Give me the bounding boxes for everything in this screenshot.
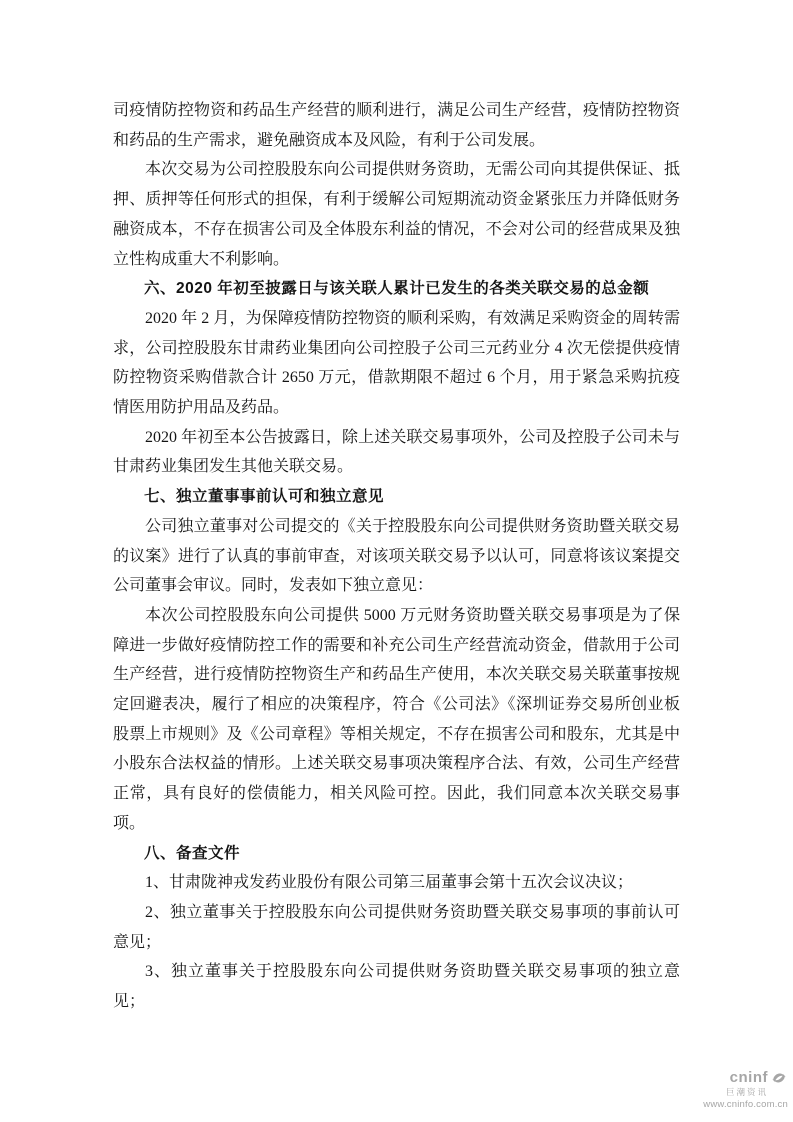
section-heading: 六、2020 年初至披露日与该关联人累计已发生的各类关联交易的总金额 <box>113 274 680 304</box>
document-body: 司疫情防控物资和药品生产经营的顺利进行，满足公司生产经营，疫情防控物资和药品的生… <box>113 96 680 1017</box>
list-item: 1、甘肃陇神戎发药业股份有限公司第三届董事会第十五次会议决议； <box>113 868 680 898</box>
paragraph: 司疫情防控物资和药品生产经营的顺利进行，满足公司生产经营，疫情防控物资和药品的生… <box>113 96 680 155</box>
cninfo-brand-cn: 巨潮资讯 <box>678 1088 788 1097</box>
cninfo-url: www.cninfo.com.cn <box>678 1100 788 1110</box>
paragraph: 本次公司控股股东向公司提供 5000 万元财务资助暨关联交易事项是为了保障进一步… <box>113 601 680 839</box>
section-heading: 七、独立董事事前认可和独立意见 <box>113 482 680 512</box>
list-item: 2、独立董事关于控股股东向公司提供财务资助暨关联交易事项的事前认可意见； <box>113 898 680 957</box>
cninfo-swirl-icon <box>770 1069 788 1087</box>
paragraph: 本次交易为公司控股股东向公司提供财务资助，无需公司向其提供保证、抵押、质押等任何… <box>113 155 680 274</box>
paragraph: 2020 年初至本公告披露日，除上述关联交易事项外，公司及控股子公司未与甘肃药业… <box>113 423 680 482</box>
cninfo-logo: cninf 巨潮资讯 www.cninfo.com.cn <box>678 1069 788 1110</box>
paragraph: 公司独立董事对公司提交的《关于控股股东向公司提供财务资助暨关联交易的议案》进行了… <box>113 512 680 601</box>
paragraph: 2020 年 2 月，为保障疫情防控物资的顺利采购，有效满足采购资金的周转需求，… <box>113 304 680 423</box>
list-item: 3、独立董事关于控股股东向公司提供财务资助暨关联交易事项的独立意见； <box>113 957 680 1016</box>
section-heading: 八、备查文件 <box>113 839 680 869</box>
cninfo-brand-text: cninf <box>730 1070 768 1087</box>
document-page: 司疫情防控物资和药品生产经营的顺利进行，满足公司生产经营，疫情防控物资和药品的生… <box>0 0 793 1122</box>
